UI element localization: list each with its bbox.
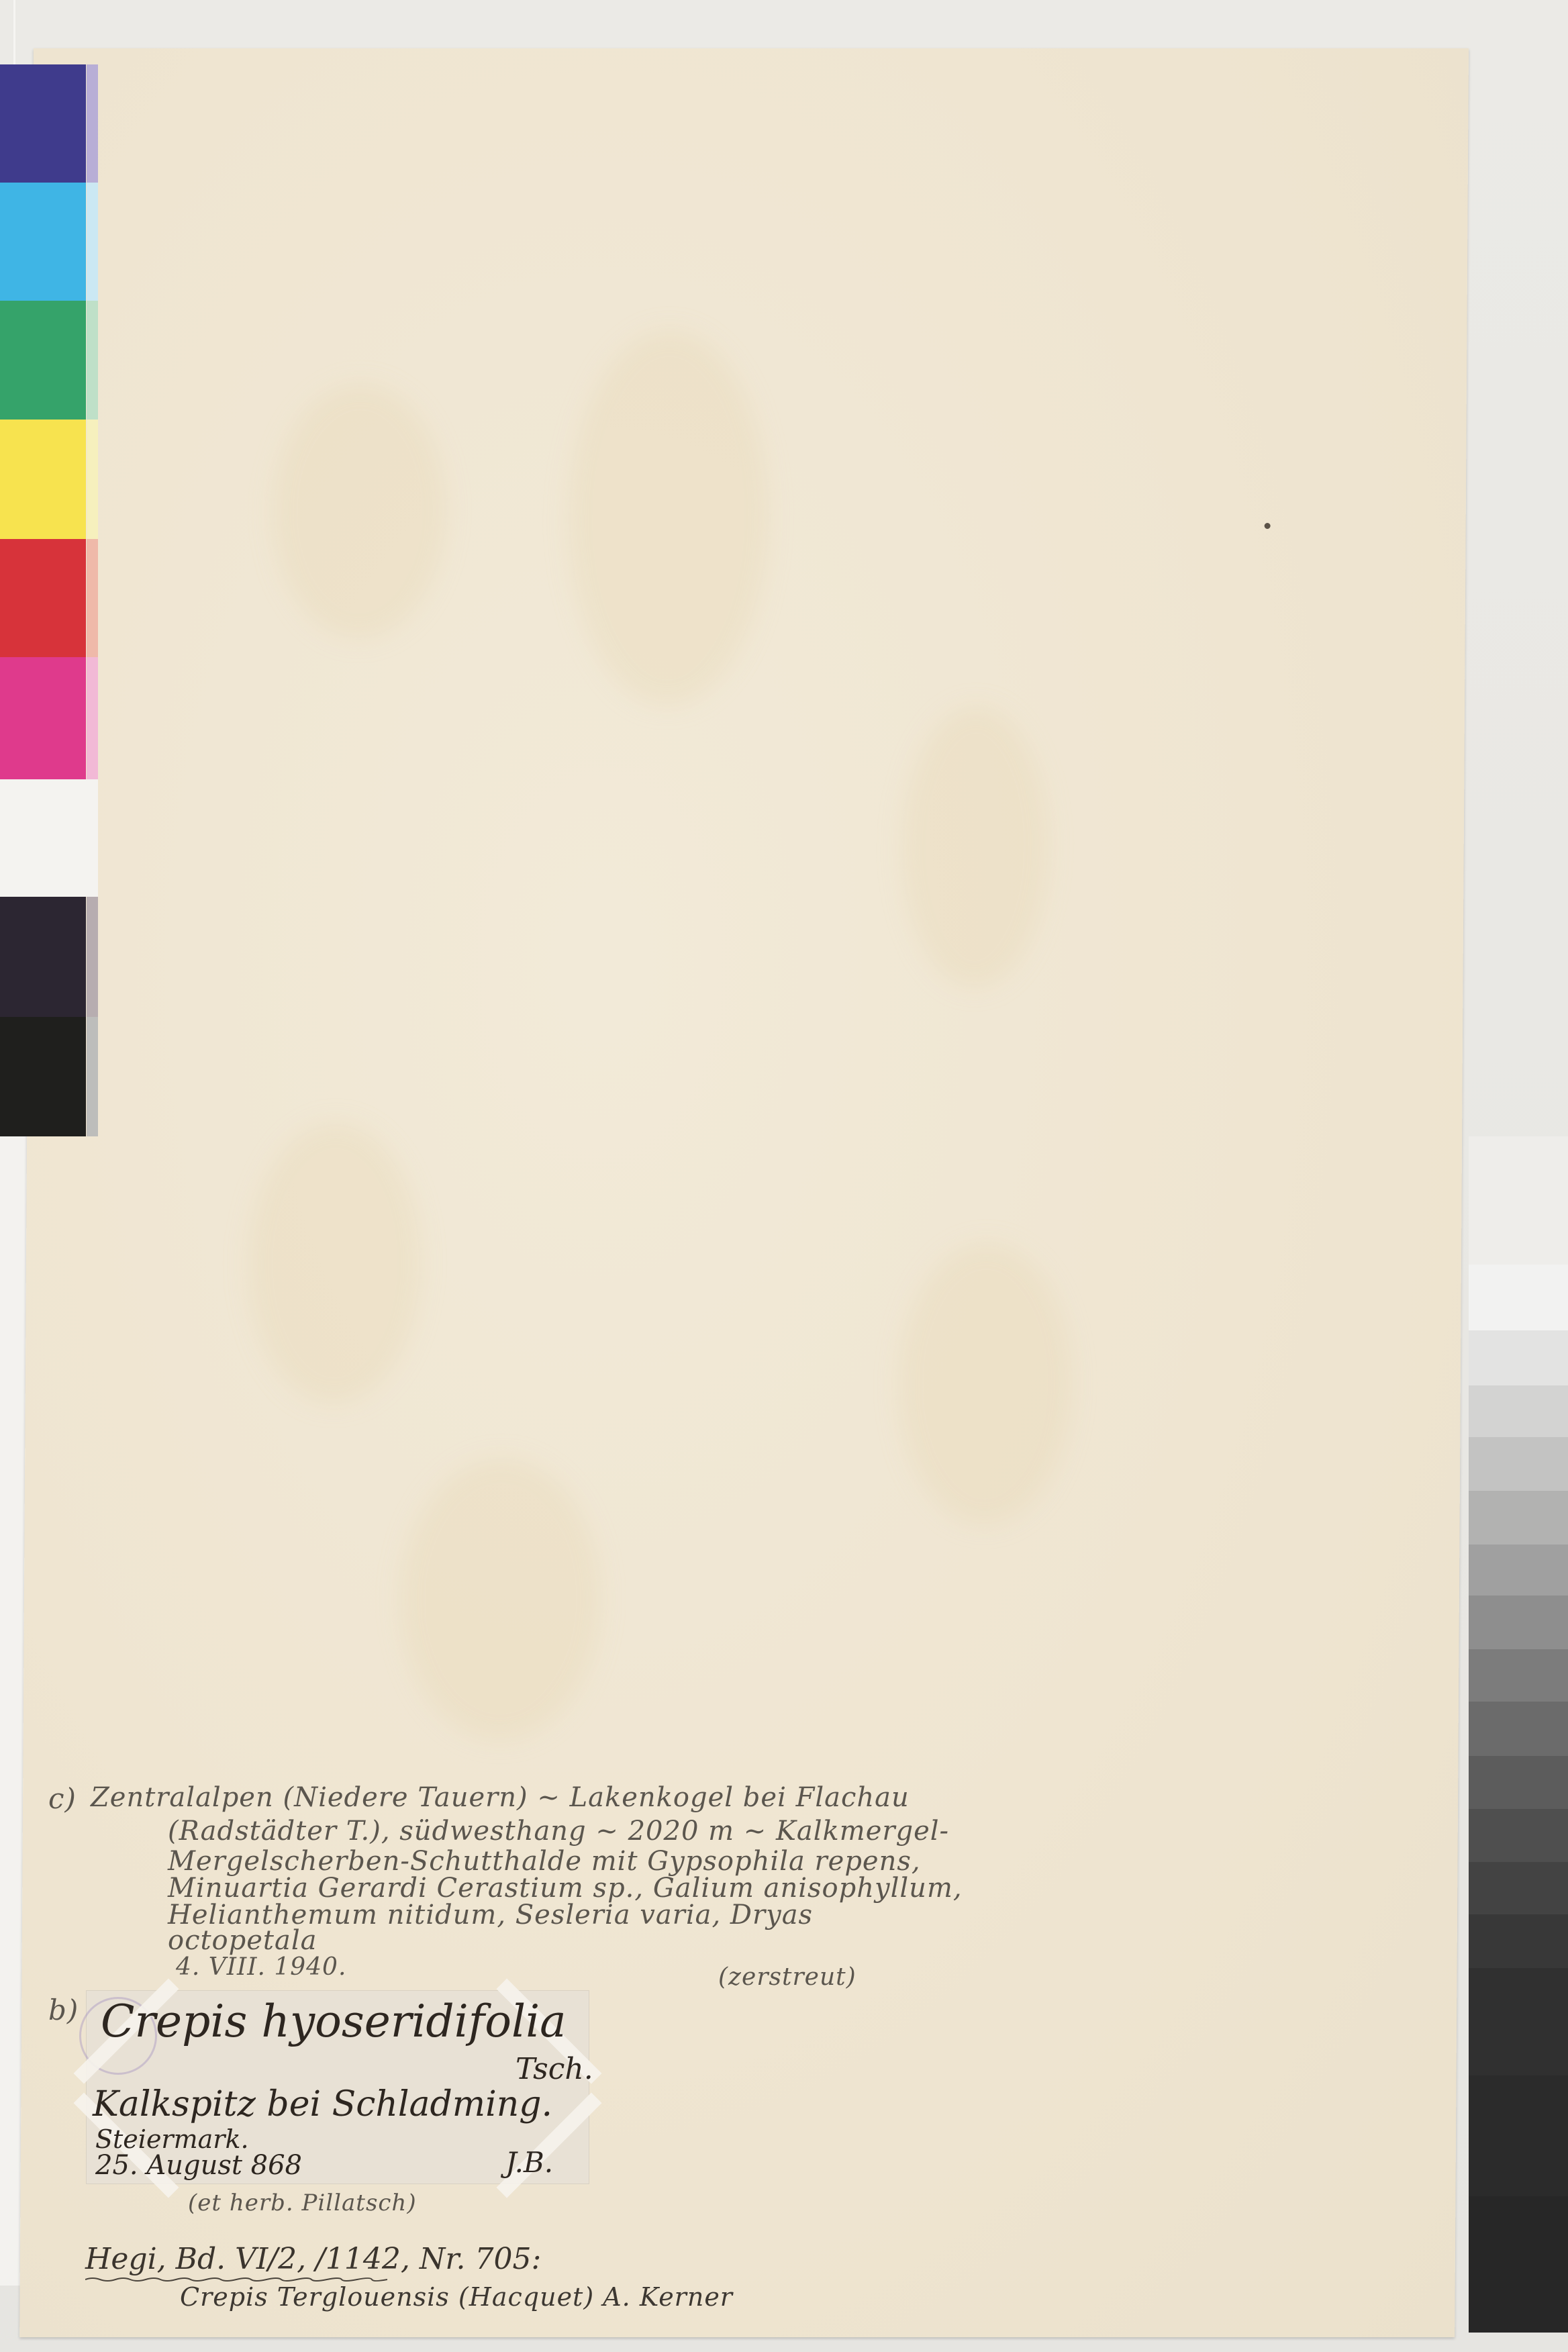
gray-step xyxy=(1469,1862,1568,1914)
gray-step xyxy=(1469,1914,1568,1968)
color-patch-red xyxy=(0,539,86,657)
gray-step xyxy=(1469,1649,1568,1702)
gray-step xyxy=(1469,1756,1568,1809)
specimen-stain xyxy=(399,1458,603,1740)
color-patch-dark-violet xyxy=(0,897,86,1017)
tint-patch xyxy=(87,657,98,779)
label-date: 25. August 868 xyxy=(95,2150,302,2181)
specimen-stain xyxy=(897,1243,1074,1525)
label-collector: J.B. xyxy=(505,2146,553,2179)
tint-patch xyxy=(87,420,98,539)
specimen-stain xyxy=(247,1122,424,1404)
gray-step xyxy=(1469,1265,1568,1330)
specimen-stain xyxy=(567,330,770,706)
color-patch-cyan xyxy=(0,183,86,301)
tint-patch xyxy=(87,539,98,657)
annotation-c-prefix: c) xyxy=(48,1782,77,1815)
color-patch-blue-violet xyxy=(0,64,86,183)
gray-step xyxy=(1469,1702,1568,1756)
color-patch-yellow xyxy=(0,420,86,539)
label-provenance: (et herb. Pillatsch) xyxy=(188,2190,417,2216)
label-author: Tsch. xyxy=(516,2052,593,2086)
gray-step xyxy=(1469,1545,1568,1596)
paper-speck xyxy=(1265,523,1271,529)
gray-step xyxy=(1469,1596,1568,1649)
annotation-c-line-1: Zentralalpen (Niedere Tauern) ~ Lakenkog… xyxy=(91,1782,910,1813)
specimen-stain xyxy=(900,706,1050,988)
color-patch-green xyxy=(0,301,86,420)
tint-patch xyxy=(87,301,98,420)
gray-step xyxy=(1469,1437,1568,1491)
gray-step xyxy=(1469,1809,1568,1862)
label-taxon: Crepis hyoseridifolia xyxy=(101,1996,567,2047)
color-patch-magenta xyxy=(0,657,86,779)
reference-name: Crepis Terglouensis (Hacquet) A. Kerner xyxy=(180,2282,733,2312)
specimen-label: Crepis hyoseridifolia Tsch. Kalkspitz be… xyxy=(86,1990,589,2184)
citation-underline xyxy=(85,2277,387,2282)
gray-step xyxy=(1469,1385,1568,1437)
annotation-c-line-6: octopetala xyxy=(168,1925,317,1956)
tint-patch xyxy=(87,183,98,301)
gray-step xyxy=(1469,1968,1568,2075)
annotation-c-note: (zerstreut) xyxy=(718,1963,856,1991)
gray-step xyxy=(1469,2196,1568,2333)
label-b-prefix: b) xyxy=(48,1994,79,2026)
annotation-c-date: 4. VIII. 1940. xyxy=(176,1953,346,1981)
annotation-c-line-2: (Radstädter T.), südwesthang ~ 2020 m ~ … xyxy=(168,1816,949,1847)
specimen-stain xyxy=(272,384,448,639)
label-locality: Kalkspitz bei Schladming. xyxy=(93,2084,552,2124)
gray-step xyxy=(1469,2075,1568,2196)
chart-gap xyxy=(1469,1136,1568,1265)
gray-step xyxy=(1469,1491,1568,1545)
reference-citation: Hegi, Bd. VI/2, /1142, Nr. 705: xyxy=(85,2242,541,2276)
tint-patch xyxy=(87,64,98,183)
color-patch-black xyxy=(0,1017,86,1136)
color-patch-white xyxy=(0,779,98,897)
tint-patch xyxy=(87,1017,98,1136)
gray-step xyxy=(1469,1330,1568,1385)
tint-patch xyxy=(87,897,98,1017)
